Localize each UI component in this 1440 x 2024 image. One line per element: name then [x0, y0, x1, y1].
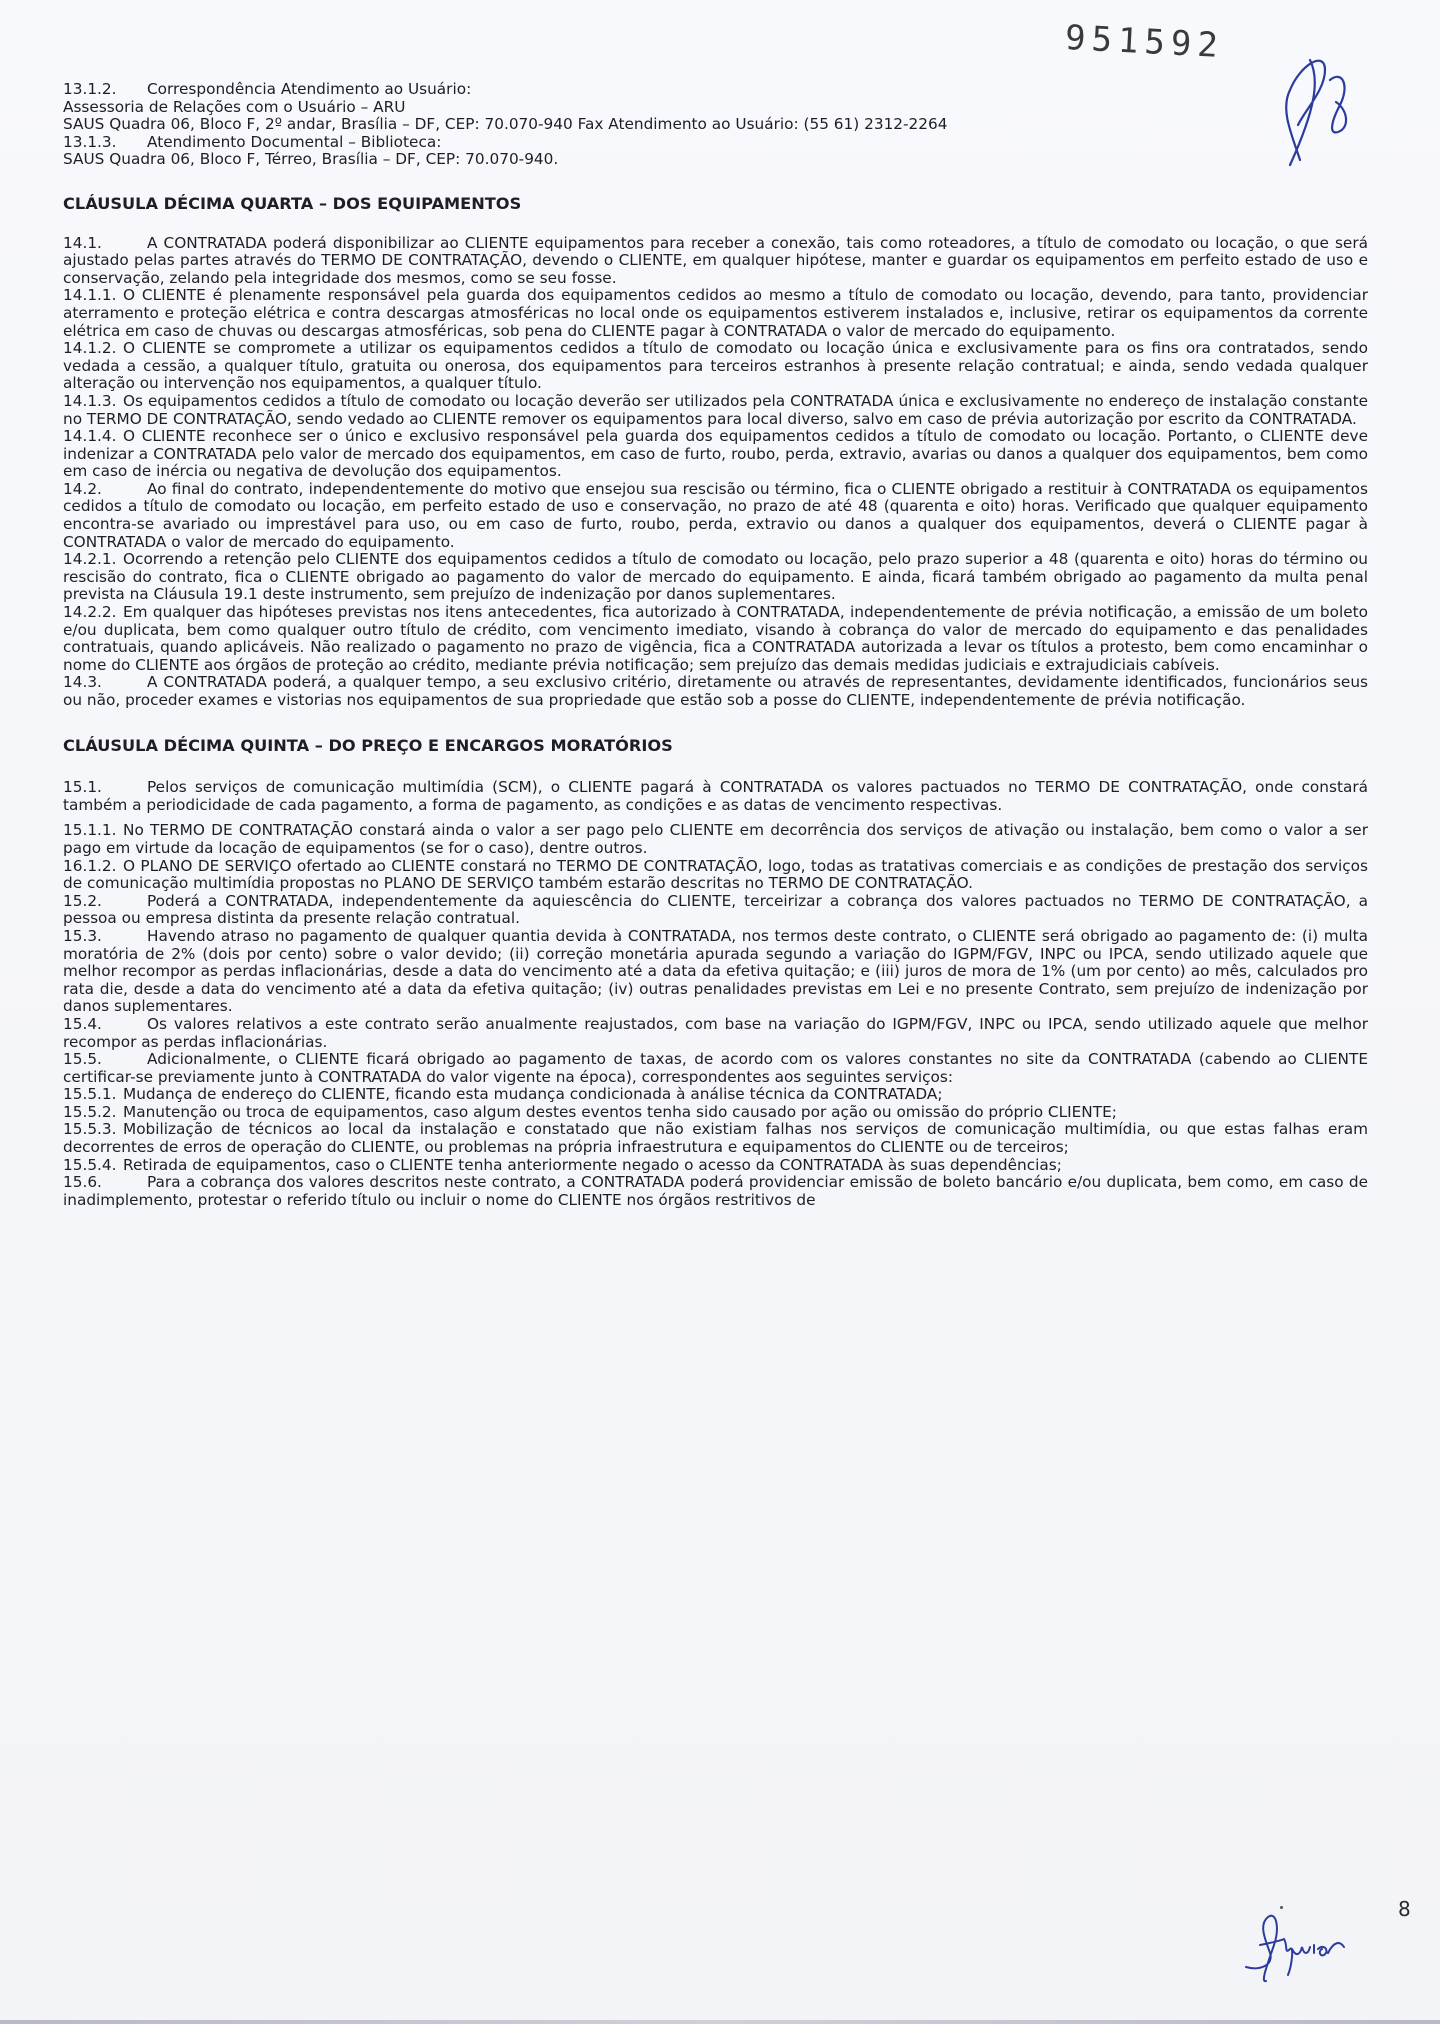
scan-edge — [0, 2020, 1440, 2024]
signature-icon — [1240, 1905, 1350, 1985]
clause-number: 16.1.2. — [63, 858, 123, 876]
clause: 15.4.Os valores relativos a este contrat… — [63, 1016, 1368, 1051]
intro-line: 13.1.2.Correspondência Atendimento ao Us… — [63, 81, 1368, 99]
clause-text: Os equipamentos cedidos a título de como… — [63, 392, 1368, 428]
clause: 14.1.2.O CLIENTE se compromete a utiliza… — [63, 340, 1368, 393]
clause-text: O CLIENTE é plenamente responsável pela … — [63, 286, 1368, 339]
intro-line: Assessoria de Relações com o Usuário – A… — [63, 99, 1368, 117]
clause-number: 15.5.4. — [63, 1157, 123, 1175]
document-body: 13.1.2.Correspondência Atendimento ao Us… — [63, 81, 1368, 1209]
clause-text: No TERMO DE CONTRATAÇÃO constará ainda o… — [63, 821, 1368, 857]
clause-text: Ocorrendo a retenção pelo CLIENTE dos eq… — [63, 550, 1368, 603]
intro-line: SAUS Quadra 06, Bloco F, Térreo, Brasíli… — [63, 151, 1368, 169]
clause: 14.2.2.Em qualquer das hipóteses previst… — [63, 604, 1368, 674]
clause: 14.1.4.O CLIENTE reconhece ser o único e… — [63, 428, 1368, 481]
clause-number: 14.1. — [63, 235, 147, 253]
clause: 15.5.Adicionalmente, o CLIENTE ficará ob… — [63, 1051, 1368, 1086]
clause: 15.1.Pelos serviços de comunicação multi… — [63, 779, 1368, 814]
section-price: 15.1.Pelos serviços de comunicação multi… — [63, 779, 1368, 1209]
document-page: 951592 13.1.2.Correspondência Atendiment… — [0, 0, 1440, 2024]
clause: 16.1.2.O PLANO DE SERVIÇO ofertado ao CL… — [63, 858, 1368, 893]
clause-text: Havendo atraso no pagamento de qualquer … — [63, 927, 1368, 1015]
clause-text: Em qualquer das hipóteses previstas nos … — [63, 603, 1368, 674]
clause-number: 15.5.3. — [63, 1121, 123, 1139]
clause: 14.3.A CONTRATADA poderá, a qualquer tem… — [63, 674, 1368, 709]
clause-number: 14.1.3. — [63, 393, 123, 411]
clause-number: 15.1.1. — [63, 822, 123, 840]
clause-number: 13.1.2. — [63, 81, 147, 99]
clause-number: 15.2. — [63, 893, 147, 911]
clause-number: 15.6. — [63, 1174, 147, 1192]
clause-text: Manutenção ou troca de equipamentos, cas… — [123, 1103, 1117, 1121]
clause-number: 14.2. — [63, 481, 147, 499]
clause-text: A CONTRATADA poderá disponibilizar ao CL… — [63, 234, 1368, 287]
clause-number: 14.2.2. — [63, 604, 123, 622]
clause: 15.3.Havendo atraso no pagamento de qual… — [63, 928, 1368, 1016]
intro-contact-block: 13.1.2.Correspondência Atendimento ao Us… — [63, 81, 1368, 169]
clause-number: 15.5.2. — [63, 1104, 123, 1122]
intro-line: SAUS Quadra 06, Bloco F, 2º andar, Brasí… — [63, 116, 1368, 134]
intro-text: SAUS Quadra 06, Bloco F, 2º andar, Brasí… — [63, 115, 948, 133]
clause: 14.1.A CONTRATADA poderá disponibilizar … — [63, 235, 1368, 288]
clause-number: 15.4. — [63, 1016, 147, 1034]
protocol-stamp-number: 951592 — [1064, 18, 1225, 66]
clause: 15.5.4.Retirada de equipamentos, caso o … — [63, 1157, 1368, 1175]
intro-text: Assessoria de Relações com o Usuário – A… — [63, 98, 405, 116]
clause: 15.2.Poderá a CONTRATADA, independenteme… — [63, 893, 1368, 928]
clause-number: 13.1.3. — [63, 134, 147, 152]
clause: 14.1.3.Os equipamentos cedidos a título … — [63, 393, 1368, 428]
clause-text: Poderá a CONTRATADA, independentemente d… — [63, 892, 1368, 928]
clause-text: O CLIENTE se compromete a utilizar os eq… — [63, 339, 1368, 392]
intro-text: Atendimento Documental – Biblioteca: — [147, 133, 441, 151]
intro-text: SAUS Quadra 06, Bloco F, Térreo, Brasíli… — [63, 150, 558, 168]
clause: 14.2.Ao final do contrato, independentem… — [63, 481, 1368, 551]
clause-number: 15.5. — [63, 1051, 147, 1069]
clause-text: Mudança de endereço do CLIENTE, ficando … — [123, 1085, 942, 1103]
clause-text: A CONTRATADA poderá, a qualquer tempo, a… — [63, 673, 1368, 709]
clause-text: O CLIENTE reconhece ser o único e exclus… — [63, 427, 1368, 480]
clause-text: Retirada de equipamentos, caso o CLIENTE… — [123, 1156, 1062, 1174]
clause-text: Pelos serviços de comunicação multimídia… — [63, 778, 1368, 814]
page-number: 8 — [1398, 1897, 1411, 1921]
clause-number: 15.1. — [63, 779, 147, 797]
clause: 15.5.2.Manutenção ou troca de equipament… — [63, 1104, 1368, 1122]
clause: 15.5.1.Mudança de endereço do CLIENTE, f… — [63, 1086, 1368, 1104]
section-heading-price: CLÁUSULA DÉCIMA QUINTA – DO PREÇO E ENCA… — [63, 737, 1368, 755]
clause-number: 14.1.2. — [63, 340, 123, 358]
clause-number: 15.3. — [63, 928, 147, 946]
clause-number: 15.5.1. — [63, 1086, 123, 1104]
clause: 14.2.1.Ocorrendo a retenção pelo CLIENTE… — [63, 551, 1368, 604]
intro-line: 13.1.3.Atendimento Documental – Bibliote… — [63, 134, 1368, 152]
clause-number: 14.3. — [63, 674, 147, 692]
clause-text: O PLANO DE SERVIÇO ofertado ao CLIENTE c… — [63, 857, 1368, 893]
clause: 15.5.3.Mobilização de técnicos ao local … — [63, 1121, 1368, 1156]
clause-number: 14.2.1. — [63, 551, 123, 569]
clause: 15.6.Para a cobrança dos valores descrit… — [63, 1174, 1368, 1209]
clause-text: Para a cobrança dos valores descritos ne… — [63, 1173, 1368, 1209]
clause-number: 14.1.4. — [63, 428, 123, 446]
clause-text: Adicionalmente, o CLIENTE ficará obrigad… — [63, 1050, 1368, 1086]
section-equipment: 14.1.A CONTRATADA poderá disponibilizar … — [63, 235, 1368, 710]
clause: 15.1.1.No TERMO DE CONTRATAÇÃO constará … — [63, 822, 1368, 857]
clause-text: Ao final do contrato, independentemente … — [63, 480, 1368, 551]
clause-number: 14.1.1. — [63, 287, 123, 305]
clause-text: Mobilização de técnicos ao local da inst… — [63, 1120, 1368, 1156]
clause: 14.1.1.O CLIENTE é plenamente responsáve… — [63, 287, 1368, 340]
intro-text: Correspondência Atendimento ao Usuário: — [147, 80, 471, 98]
section-heading-equipment: CLÁUSULA DÉCIMA QUARTA – DOS EQUIPAMENTO… — [63, 195, 1368, 213]
clause-text: Os valores relativos a este contrato ser… — [63, 1015, 1368, 1051]
